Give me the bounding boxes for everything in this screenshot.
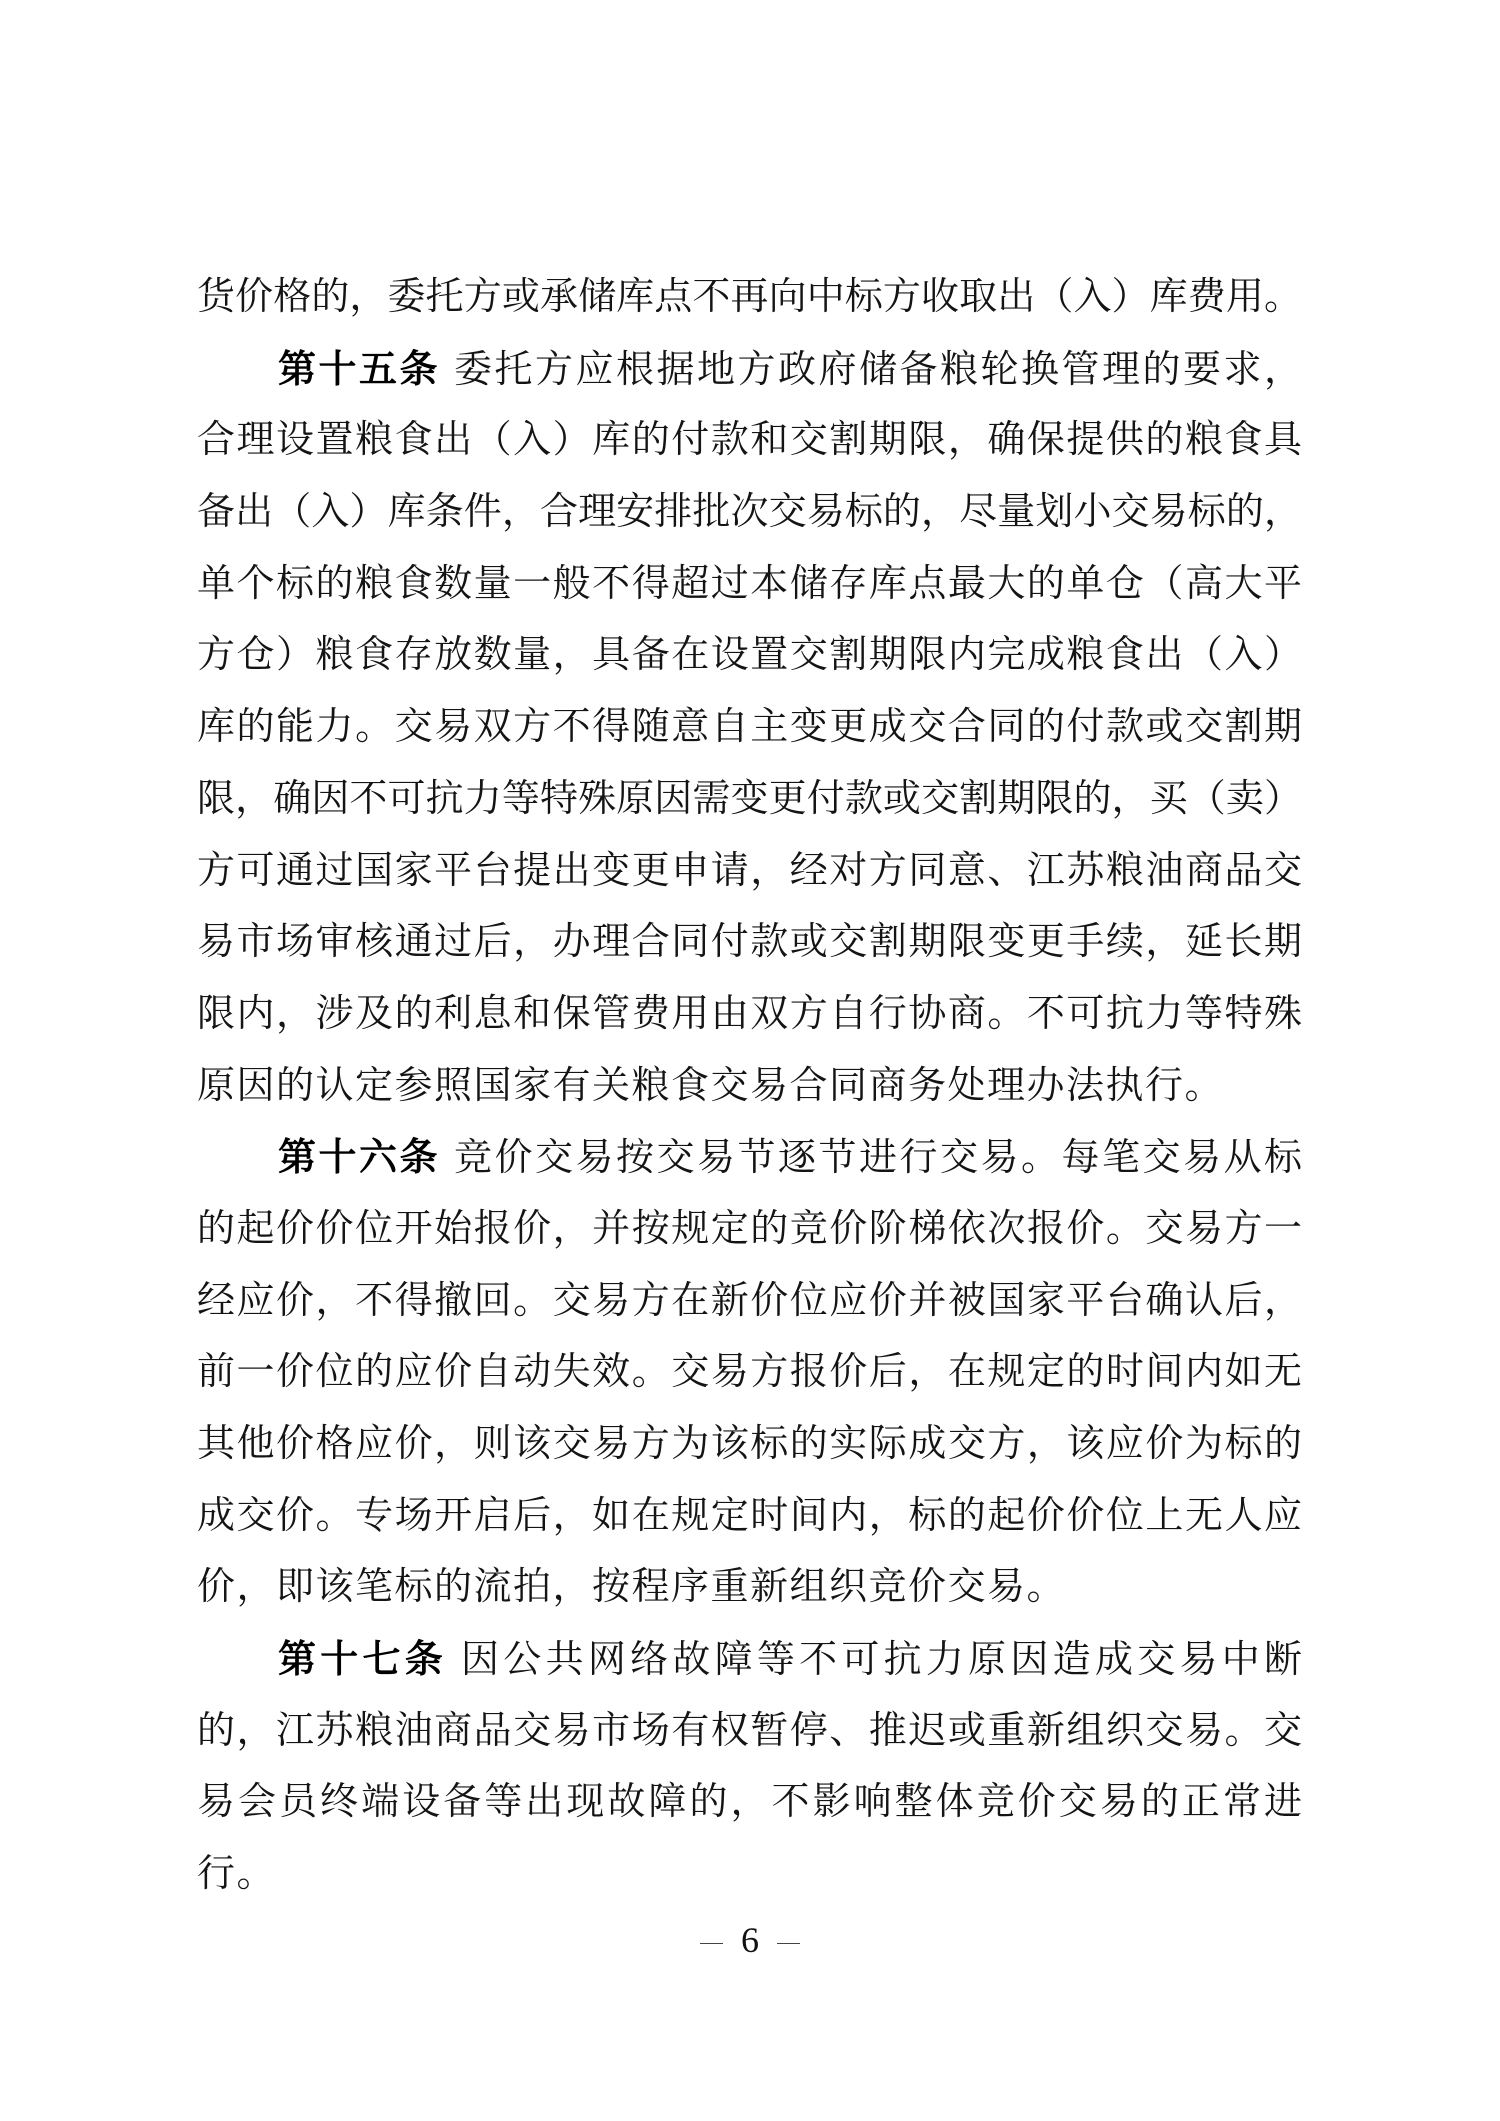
text-line: 限内，涉及的利息和保管费用由双方自行协商。不可抗力等特殊 — [197, 978, 1302, 1050]
text-line: 备出（入）库条件，合理安排批次交易标的，尽量划小交易标的， — [197, 476, 1302, 548]
page-number-dash-right: — — [777, 1943, 800, 1944]
article-heading: 第十五条 — [278, 346, 440, 391]
text-line: 其他价格应价，则该交易方为该标的实际成交方，该应价为标的 — [197, 1408, 1302, 1480]
document-page: 货价格的，委托方或承储库点不再向中标方收取出（入）库费用。 第十五条委托方应根据… — [0, 0, 1500, 2121]
text-line: 合理设置粮食出（入）库的付款和交割期限，确保提供的粮食具 — [197, 404, 1302, 476]
page-footer: —6— — [0, 1914, 1500, 1966]
text-line: 方可通过国家平台提出变更申请，经对方同意、江苏粮油商品交 — [197, 835, 1302, 907]
text-line: 价，即该笔标的流拍，按程序重新组织竞价交易。 — [197, 1551, 1302, 1623]
text-line: 经应价，不得撤回。交易方在新价位应价并被国家平台确认后， — [197, 1265, 1302, 1337]
text-line: 易市场审核通过后，办理合同付款或交割期限变更手续，延长期 — [197, 906, 1302, 978]
document-body: 货价格的，委托方或承储库点不再向中标方收取出（入）库费用。 第十五条委托方应根据… — [197, 261, 1302, 1910]
text-line: 单个标的粮食数量一般不得超过本储存库点最大的单仓（高大平 — [197, 548, 1302, 620]
text-line: 易会员终端设备等出现故障的，不影响整体竞价交易的正常进 — [197, 1766, 1302, 1838]
article-16: 第十六条竞价交易按交易节逐节进行交易。每笔交易从标 的起价价位开始报价，并按规定… — [197, 1121, 1302, 1623]
article-heading: 第十七条 — [278, 1636, 447, 1681]
article-17: 第十七条因公共网络故障等不可抗力原因造成交易中断 的，江苏粮油商品交易市场有权暂… — [197, 1623, 1302, 1910]
text-line: 限，确因不可抗力等特殊原因需变更付款或交割期限的，买（卖） — [197, 763, 1302, 835]
page-number: 6 — [741, 1920, 759, 1960]
article-text: 竞价交易按交易节逐节进行交易。每笔交易从标 — [454, 1135, 1302, 1179]
text-line: 前一价位的应价自动失效。交易方报价后，在规定的时间内如无 — [197, 1336, 1302, 1408]
article-heading: 第十六条 — [278, 1134, 440, 1179]
page-number-dash-left: — — [700, 1943, 723, 1944]
text-line: 的起价价位开始报价，并按规定的竞价阶梯依次报价。交易方一 — [197, 1193, 1302, 1265]
text-line: 库的能力。交易双方不得随意自主变更成交合同的付款或交割期 — [197, 691, 1302, 763]
text-line: 货价格的，委托方或承储库点不再向中标方收取出（入）库费用。 — [197, 261, 1302, 333]
text-line: 第十七条因公共网络故障等不可抗力原因造成交易中断 — [197, 1623, 1302, 1695]
text-line: 方仓）粮食存放数量，具备在设置交割期限内完成粮食出（入） — [197, 619, 1302, 691]
text-line: 原因的认定参照国家有关粮食交易合同商务处理办法执行。 — [197, 1050, 1302, 1122]
article-text: 委托方应根据地方政府储备粮轮换管理的要求， — [454, 347, 1302, 391]
text-line: 的，江苏粮油商品交易市场有权暂停、推迟或重新组织交易。交 — [197, 1695, 1302, 1767]
article-15: 第十五条委托方应根据地方政府储备粮轮换管理的要求， 合理设置粮食出（入）库的付款… — [197, 333, 1302, 1122]
paragraph-continuation: 货价格的，委托方或承储库点不再向中标方收取出（入）库费用。 — [197, 261, 1302, 333]
text-line: 行。 — [197, 1838, 1302, 1910]
text-line: 第十六条竞价交易按交易节逐节进行交易。每笔交易从标 — [197, 1121, 1302, 1193]
article-text: 因公共网络故障等不可抗力原因造成交易中断 — [461, 1637, 1302, 1681]
text-line: 第十五条委托方应根据地方政府储备粮轮换管理的要求， — [197, 333, 1302, 405]
text-line: 成交价。专场开启后，如在规定时间内，标的起价价位上无人应 — [197, 1480, 1302, 1552]
